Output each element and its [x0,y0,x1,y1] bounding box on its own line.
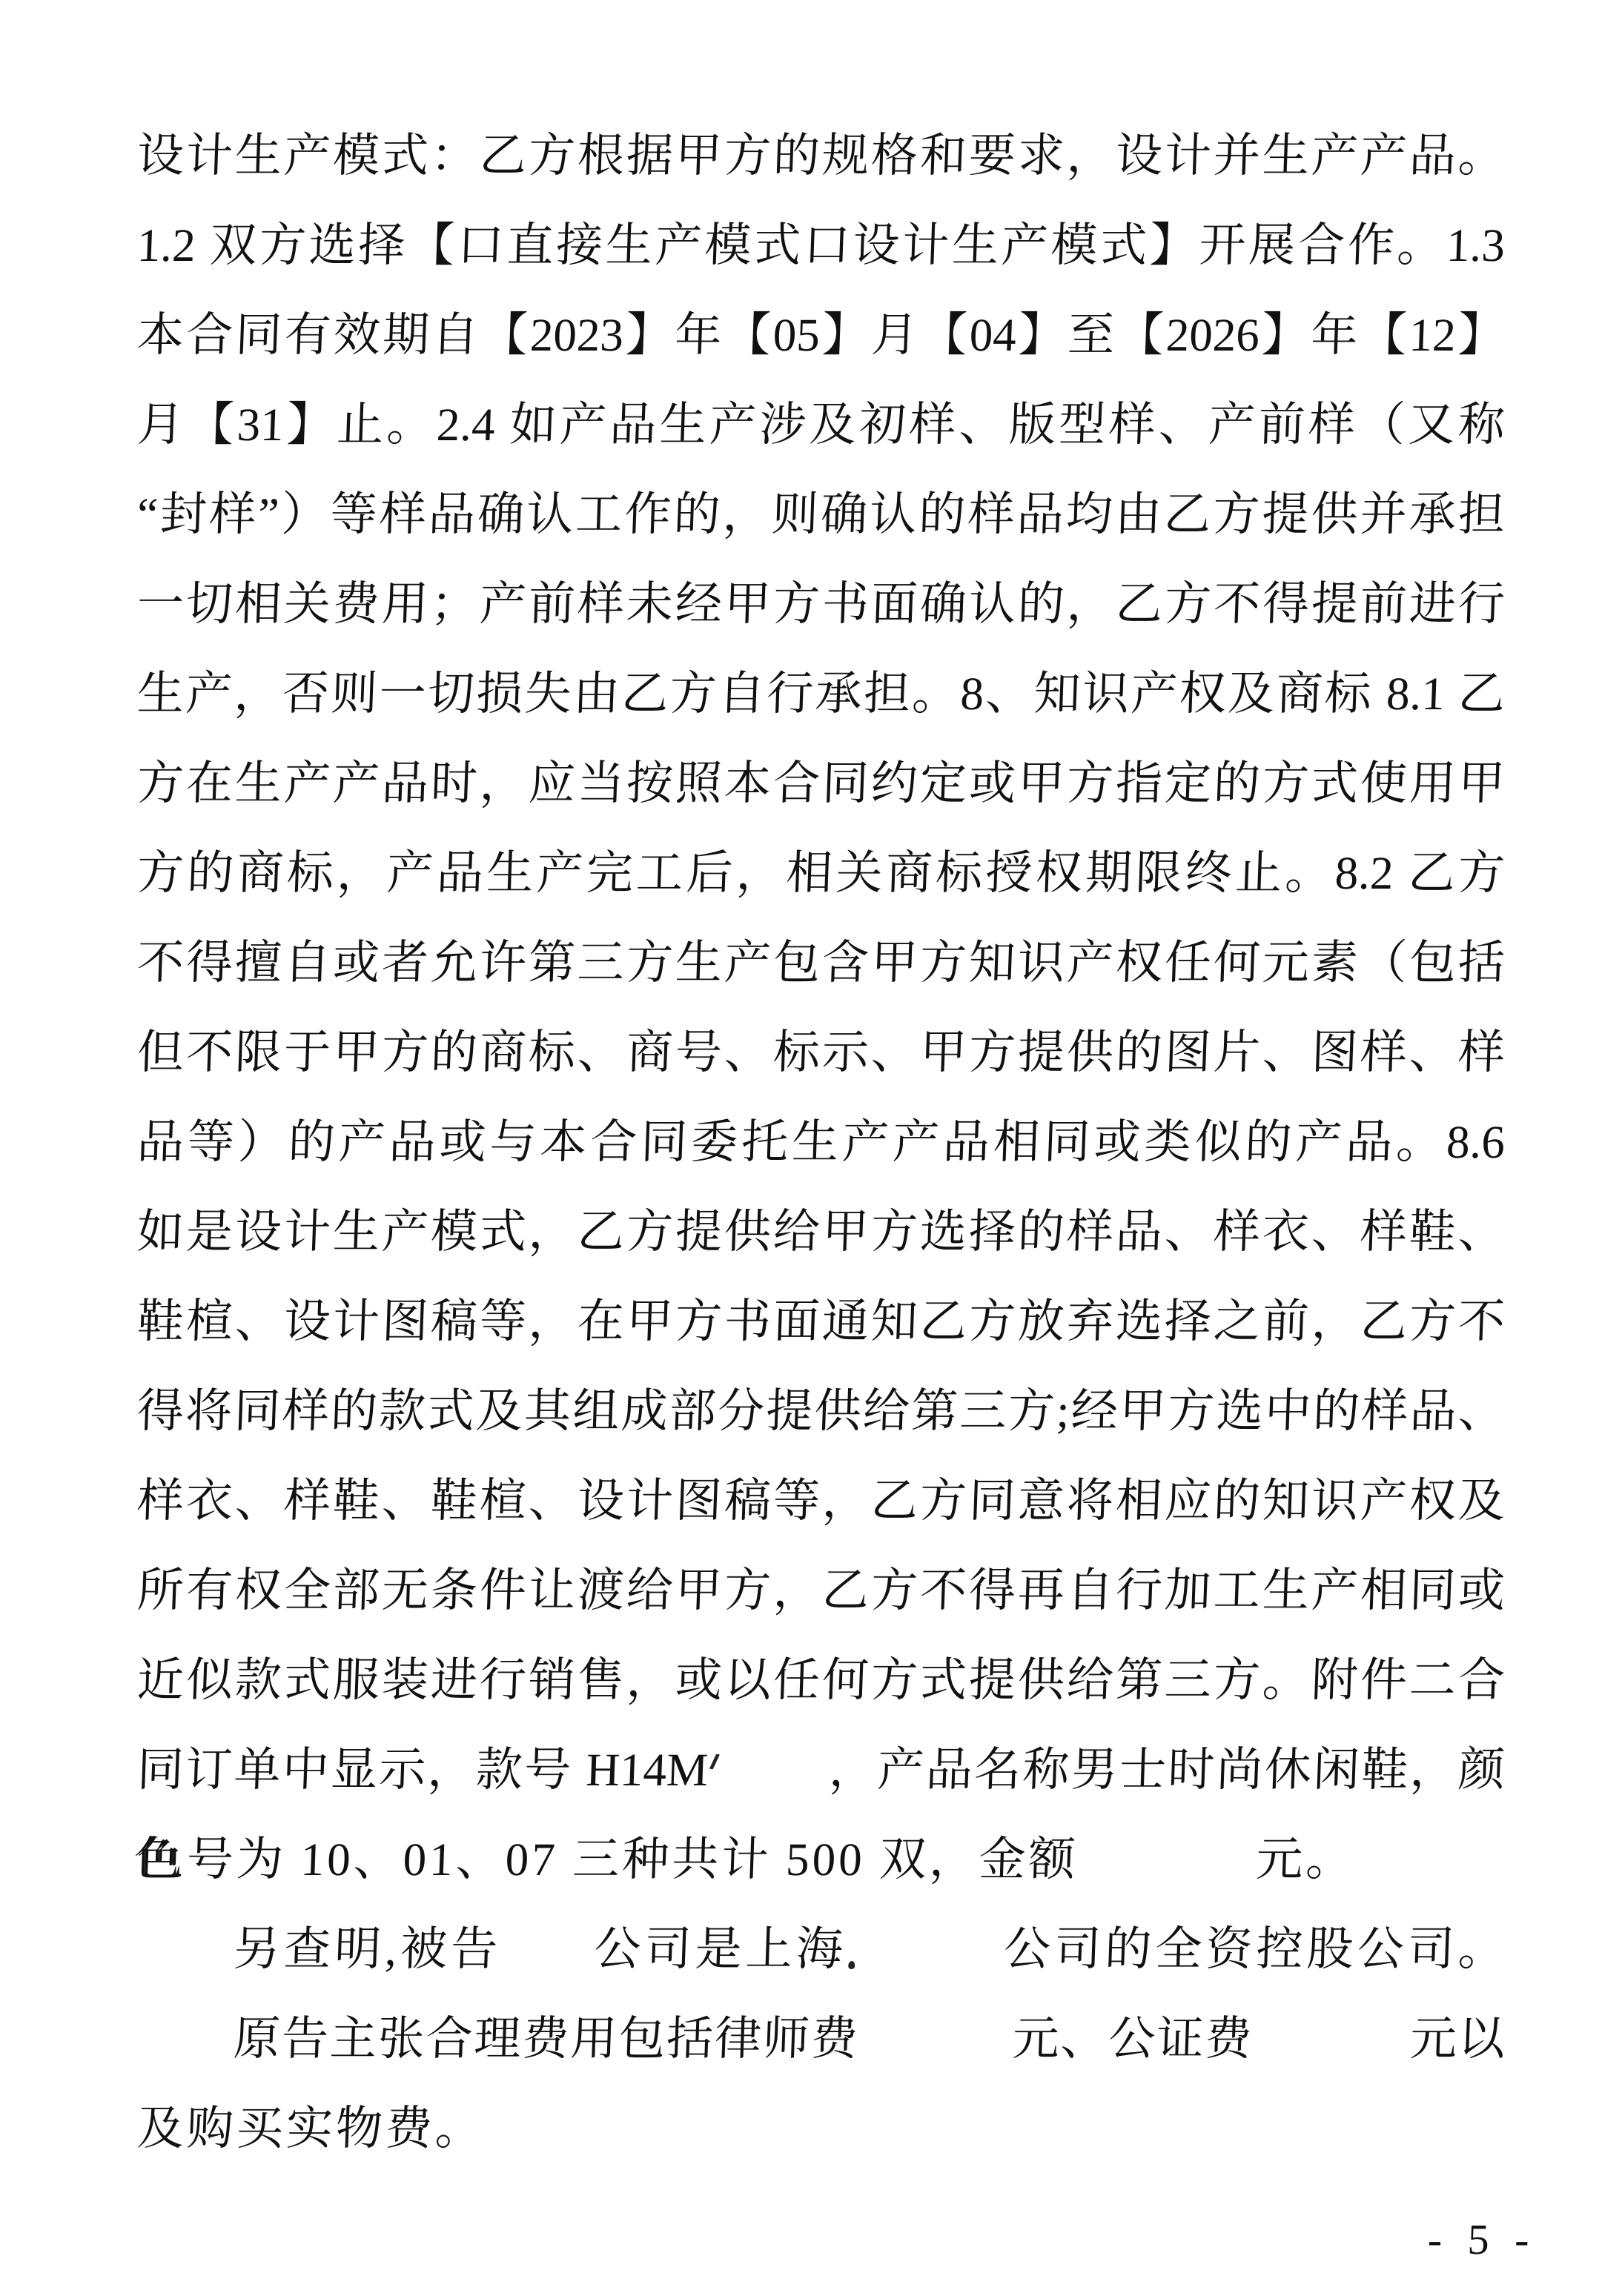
text-line: 样衣、样鞋、鞋楦、设计图稿等，乙方同意将相应的知识产权及 [136,1456,1506,1546]
text-segment: 公司的全资控股公司。 [999,1923,1506,1975]
text-segment: 元。 [1255,1834,1356,1885]
text-segment: 色号为 10、01、07 三种共计 500 双，金额 [136,1834,1079,1885]
text-segment: 原告主张合理费用包括律师费 [233,2013,860,2065]
text-line: “封样”）等样品确认工作的，则确认的样品均由乙方提供并承担 [136,470,1506,560]
text-line: 一切相关费用；产前样未经甲方书面确认的，乙方不得提前进行 [136,560,1506,649]
document-page: 设计生产模式：乙方根据甲方的规格和要求，设计并生产产品。 1.2 双方选择【口直… [0,0,1622,2296]
redaction-artifact-tick [709,1754,720,1769]
redacted-blank [1078,1874,1256,1875]
text-line: 色号为 10、01、07 三种共计 500 双，金额元。 [136,1815,1506,1905]
redacted-blank [855,1964,999,1965]
text-segment: 同订单中显示，款号 H14M [136,1744,709,1796]
text-line: 生产，否则一切损失由乙方自行承担。8、知识产权及商标 8.1 乙 [136,649,1506,739]
text-line: 如是设计生产模式，乙方提供给甲方选择的样品、样衣、样鞋、 [136,1187,1506,1277]
text-line: 月【31】止。2.4 如产品生产涉及初样、版型样、产前样（又称 [136,380,1506,470]
text-segment: 元以 [1408,2013,1506,2065]
text-line: 品等）的产品或与本合同委托生产产品相同或类似的产品。8.6 [136,1098,1506,1187]
redacted-blank [501,1964,590,1965]
redacted-blank [1252,2054,1408,2054]
text-segment: 另查明,被告 [233,1923,503,1975]
text-line: 不得擅自或者允许第三方生产包含甲方知识产权任何元素（包括 [136,918,1506,1008]
text-line: 方的商标，产品生产完工后，相关商标授权期限终止。8.2 乙方 [136,829,1506,918]
redacted-blank [858,2054,1010,2054]
text-line: 方在生产产品时，应当按照本合同约定或甲方指定的方式使用甲 [136,739,1506,829]
redaction-artifact-dot [848,1961,855,1969]
text-line: 另查明,被告公司是上海公司的全资控股公司。 [136,1905,1506,1994]
text-line: 所有权全部无条件让渡给甲方，乙方不得再自行加工生产相同或 [136,1546,1506,1636]
text-line: 及购买实物费。 [136,2084,1506,2174]
text-line: 鞋楦、设计图稿等，在甲方书面通知乙方放弃选择之前，乙方不 [136,1277,1506,1367]
page-number: - 5 - [1427,2214,1537,2264]
text-line: 但不限于甲方的商标、商号、标示、甲方提供的图片、图样、样 [136,1008,1506,1098]
document-body: 设计生产模式：乙方根据甲方的规格和要求，设计并生产产品。 1.2 双方选择【口直… [137,111,1505,2174]
text-line: 得将同样的款式及其组成部分提供给第三方;经甲方选中的样品、 [136,1367,1506,1456]
text-line: 本合同有效期自【2023】年【05】月【04】至【2026】年【12】 [136,291,1506,380]
text-line: 近似款式服装进行销售，或以任何方式提供给第三方。附件二合 [136,1636,1506,1725]
text-line: 1.2 双方选择【口直接生产模式口设计生产模式】开展合作。1.3 [136,201,1506,291]
text-segment: 公司是上海 [589,1923,847,1975]
text-line: 设计生产模式：乙方根据甲方的规格和要求，设计并生产产品。 [136,111,1506,201]
text-line: 原告主张合理费用包括律师费元、公证费元以 [136,1994,1506,2084]
redacted-blank [715,1785,827,1785]
text-segment: 元、公证费 [1010,2013,1254,2065]
text-line: 同订单中显示，款号 H14M，产品名称男士时尚休闲鞋，颜色 [136,1725,1506,1815]
